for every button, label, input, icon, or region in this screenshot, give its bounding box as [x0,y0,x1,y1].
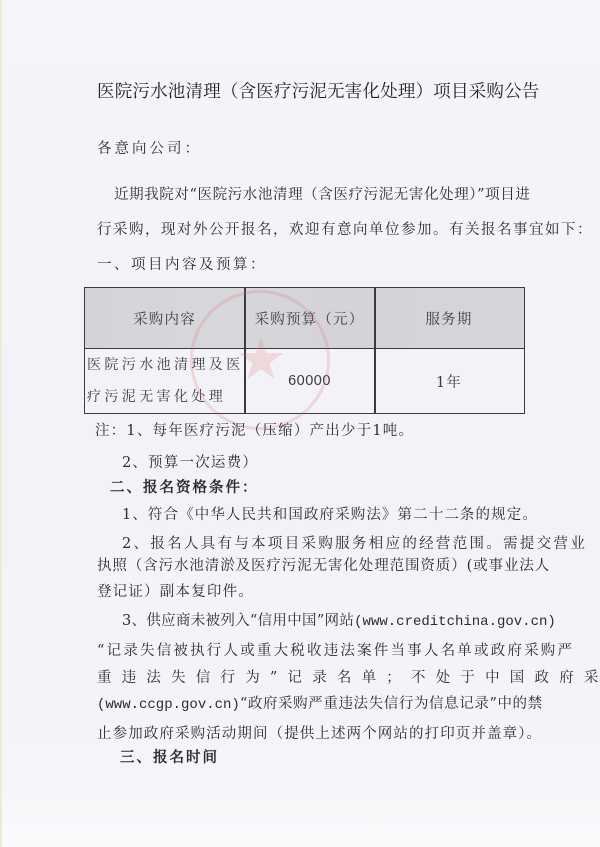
cell-period: 1年 [375,349,523,413]
header-label: 采购内容 [133,308,196,329]
page-title: 医院污水池清理（含医疗污泥无害化处理）项目采购公告 [97,78,540,103]
document-page: 医院污水池清理（含医疗污泥无害化处理）项目采购公告 各意向公司： 近期我院对“医… [0,0,600,847]
table-header-period: 服务期 [375,288,523,349]
intro-line-2: 行采购，现对外公开报名，欢迎有意向单位参加。有关报名事宜如下： [97,221,593,239]
cell-content-line-1: 医院污水池清理及医 [87,349,244,381]
note-1: 注：1、每年医疗污泥（压缩）产出少于1吨。 [95,422,414,440]
requirement-3-line-4: (www.ccgp.gov.cn)“政府采购严重违法失信行为信息记录”中的禁 [97,695,543,714]
requirement-2-line-1: 2、报名人具有与本项目采购服务相应的经营范围。需提交营业 [122,535,587,553]
requirement-2-line-2: 执照（含污水池清淤及医疗污泥无害化处理范围资质）(或事业法人 [97,557,550,575]
note-2: 2、预算一次运费） [122,454,258,472]
section-3-heading: 三、报名时间 [120,749,219,767]
requirement-1: 1、符合《中华人民共和国政府采购法》第二十二条的规定。 [122,506,538,524]
table-header-content: 采购内容 [85,288,244,349]
requirement-3-line-1: 3、供应商未被列入“信用中国”网站(www.creditchina.gov.cn… [122,612,556,631]
requirement-3-text: “政府采购严重违法失信行为信息记录”中的禁 [240,696,543,712]
cell-budget: 60000 [245,349,374,413]
requirement-3-text: 3、供应商未被列入“信用中国”网站 [122,613,354,629]
requirement-2-line-3: 登记证）副本复印件。 [97,583,254,601]
requirement-3-line-2: “记录失信被执行人或重大税收违法案件当事人名单或政府采购严 [97,642,574,660]
requirement-3-line-5: 止参加政府采购活动期间（提供上述两个网站的打印页并盖章）。 [97,725,542,743]
intro-line-1: 近期我院对“医院污水池清理（含医疗污泥无害化处理）”项目进 [114,186,530,204]
salutation: 各意向公司： [97,140,202,158]
table-row: 医院污水池清理及医 疗污泥无害化处理 [85,349,244,413]
requirement-3-line-3: 重违法失信行为”记录名单；不处于中国政府采购网 [97,669,600,687]
header-label: 服务期 [425,308,472,329]
header-label: 采购预算（元） [255,308,365,329]
creditchina-url: (www.creditchina.gov.cn) [354,614,556,630]
budget-table: 采购内容 采购预算（元） 服务期 医院污水池清理及医 疗污泥无害化处理 6000… [84,287,525,414]
table-header-budget: 采购预算（元） [245,288,374,349]
section-1-heading: 一、项目内容及预算： [97,256,267,274]
ccgp-url: (www.ccgp.gov.cn) [97,697,240,713]
cell-content-line-2: 疗污泥无害化处理 [87,381,244,413]
section-2-heading: 二、报名资格条件： [110,479,259,497]
